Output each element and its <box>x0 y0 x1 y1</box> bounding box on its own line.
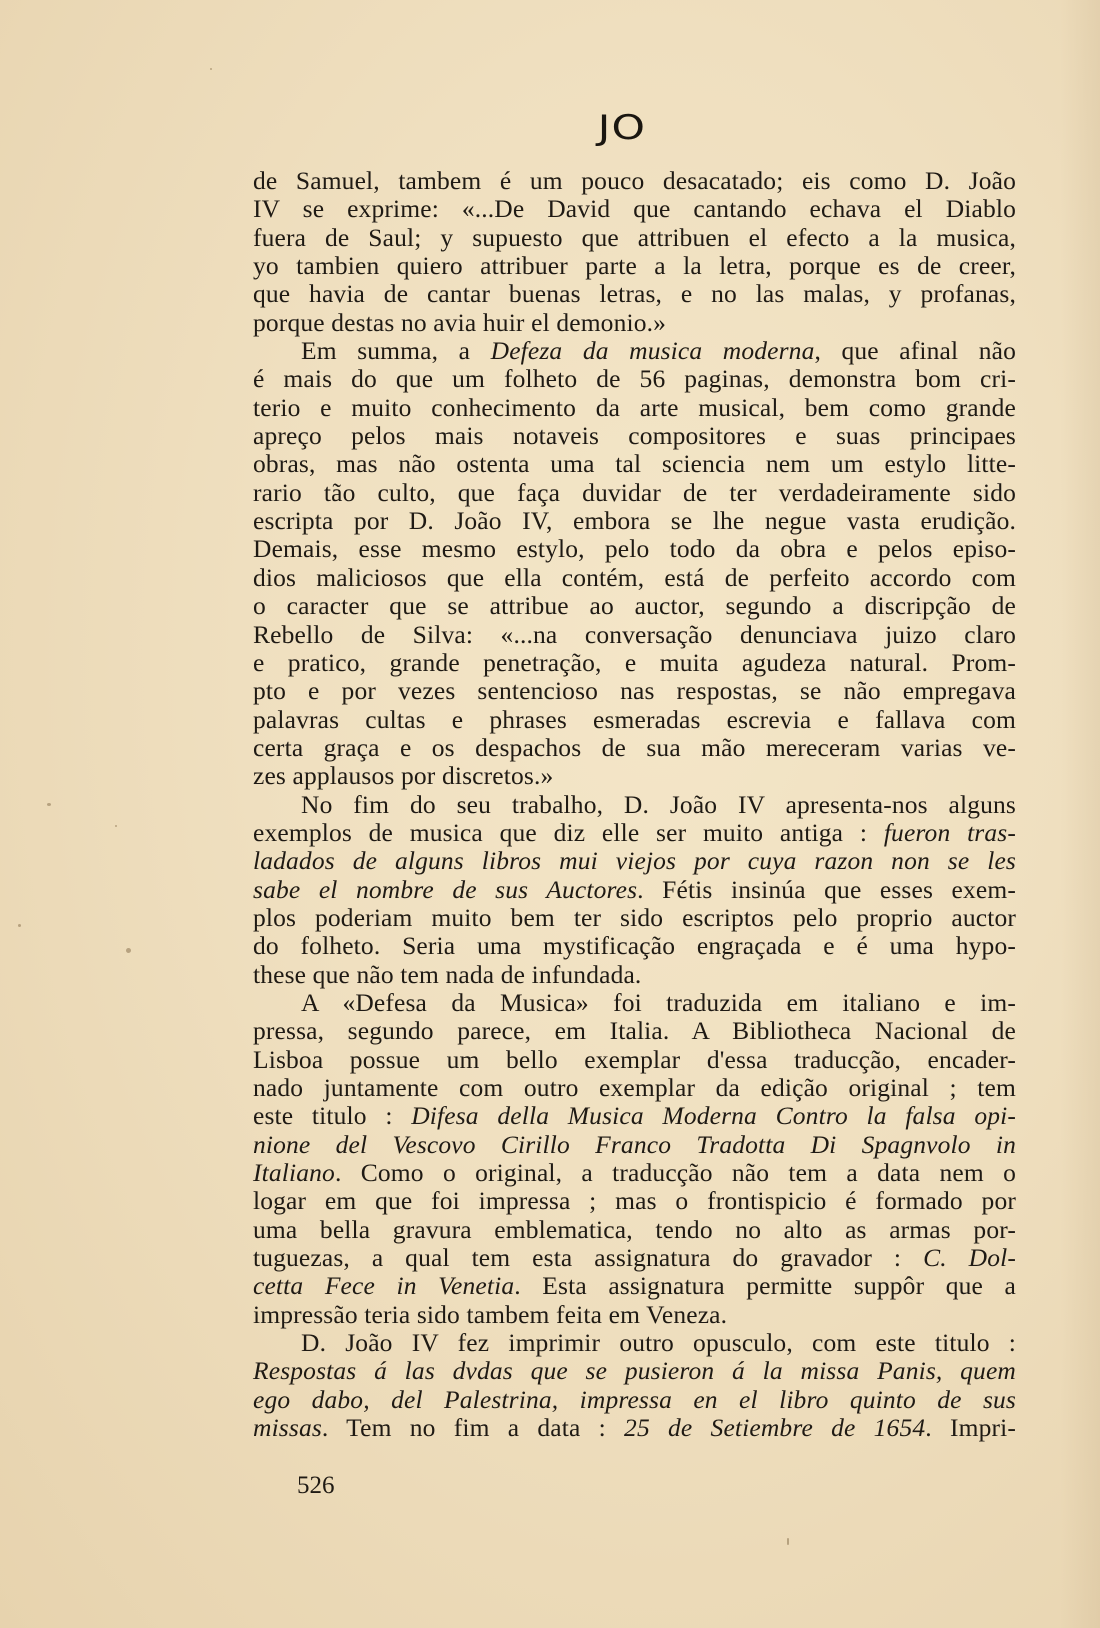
text-run: . Impri- <box>925 1413 1016 1442</box>
text-run: tuguezas, a qual tem esta assignatura do… <box>253 1243 923 1272</box>
text-line: do folheto. Seria uma mystificação engra… <box>253 932 1016 960</box>
text-run: pressa, segundo parece, em Italia. A Bib… <box>253 1016 1016 1045</box>
text-run: porque destas no avia huir el demonio.» <box>253 308 666 337</box>
italic-text: ladados de alguns libros mui viejos por … <box>253 846 1016 875</box>
text-line: uma bella gravura emblematica, tendo no … <box>253 1216 1016 1244</box>
text-run: D. João IV fez imprimir outro opusculo, … <box>301 1328 1016 1357</box>
paper-speck <box>210 68 212 70</box>
text-run: o caracter que se attribue ao auctor, se… <box>253 591 1016 620</box>
text-line: exemplos de musica que diz elle ser muit… <box>253 819 1016 847</box>
text-run: de Samuel, tambem é um pouco desacatado;… <box>253 166 1016 195</box>
italic-text: sabe el nombre de sus Auctores <box>253 875 637 904</box>
text-run: é mais do que um folheto de 56 paginas, … <box>253 364 1016 393</box>
text-run: these que não tem nada de infundada. <box>253 960 641 989</box>
text-line: yo tambien quiero attribuer parte a la l… <box>253 252 1016 280</box>
text-line: Em summa, a Defeza da musica moderna, qu… <box>253 337 1016 365</box>
text-line: Rebello de Silva: «...na conversação den… <box>253 621 1016 649</box>
text-run: zes applausos por discretos.» <box>253 761 553 790</box>
text-line: missas. Tem no fim a data : 25 de Setiem… <box>253 1414 1016 1442</box>
text-line: que havia de cantar buenas letras, e no … <box>253 280 1016 308</box>
italic-text: Italiano <box>253 1158 335 1187</box>
italic-text: nione del Vescovo Cirillo Franco Tradott… <box>253 1130 1016 1159</box>
text-run: fuera de Saul; y supuesto que attribuen … <box>253 223 1016 252</box>
text-line: dios maliciosos que ella contém, está de… <box>253 564 1016 592</box>
text-run: . Esta assignatura permitte suppôr que a <box>514 1271 1016 1300</box>
text-run: rario tão culto, que faça duvidar de ter… <box>253 478 1016 507</box>
italic-text: missas <box>253 1413 322 1442</box>
paper-speck <box>787 1538 789 1545</box>
text-run: uma bella gravura emblematica, tendo no … <box>253 1215 1016 1244</box>
text-line: este titulo : Difesa della Musica Modern… <box>253 1102 1016 1130</box>
text-run: IV se exprime: «...De David que cantando… <box>253 194 1016 223</box>
text-run: pto e por vezes sentencioso nas resposta… <box>253 676 1016 705</box>
text-line: nado juntamente com outro exemplar da ed… <box>253 1074 1016 1102</box>
text-run: terio e muito conhecimento da arte music… <box>253 393 1016 422</box>
text-run: No fim do seu trabalho, D. João IV apres… <box>301 790 1016 819</box>
text-line: A «Defesa da Musica» foi traduzida em it… <box>253 989 1016 1017</box>
text-line: de Samuel, tambem é um pouco desacatado;… <box>253 167 1016 195</box>
text-line: Lisboa possue um bello exemplar d'essa t… <box>253 1046 1016 1074</box>
text-run: nado juntamente com outro exemplar da ed… <box>253 1073 1016 1102</box>
paper-speck <box>126 948 131 953</box>
text-line: these que não tem nada de infundada. <box>253 961 1016 989</box>
italic-text: fueron tras- <box>884 818 1016 847</box>
text-line: escripta por D. João IV, embora se lhe n… <box>253 507 1016 535</box>
text-line: D. João IV fez imprimir outro opusculo, … <box>253 1329 1016 1357</box>
text-run: . Tem no fim a data : <box>322 1413 624 1442</box>
italic-text: Defeza da musica moderna <box>491 336 815 365</box>
text-line: obras, mas não ostenta uma tal sciencia … <box>253 450 1016 478</box>
italic-text: 25 de Setiembre de 1654 <box>624 1413 925 1442</box>
text-run: escripta por D. João IV, embora se lhe n… <box>253 506 1016 535</box>
text-line: Demais, esse mesmo estylo, pelo todo da … <box>253 535 1016 563</box>
text-line: rario tão culto, que faça duvidar de ter… <box>253 479 1016 507</box>
italic-text: C. Dol- <box>923 1243 1016 1272</box>
text-line: apreço pelos mais notaveis compositores … <box>253 422 1016 450</box>
text-line: o caracter que se attribue ao auctor, se… <box>253 592 1016 620</box>
text-run: logar em que foi impressa ; mas o fronti… <box>253 1186 1016 1215</box>
text-run: e pratico, grande penetração, e muita ag… <box>253 648 1016 677</box>
text-line: ladados de alguns libros mui viejos por … <box>253 847 1016 875</box>
text-line: tuguezas, a qual tem esta assignatura do… <box>253 1244 1016 1272</box>
text-run: apreço pelos mais notaveis compositores … <box>253 421 1016 450</box>
text-run: certa graça e os despachos de sua mão me… <box>253 733 1016 762</box>
text-line: é mais do que um folheto de 56 paginas, … <box>253 365 1016 393</box>
text-line: ego dabo, del Palestrina, impressa en el… <box>253 1386 1016 1414</box>
text-line: sabe el nombre de sus Auctores. Fétis in… <box>253 876 1016 904</box>
italic-text: Respostas á las dvdas que se pusieron á … <box>253 1356 1016 1385</box>
text-run: do folheto. Seria uma mystificação engra… <box>253 931 1016 960</box>
text-run: yo tambien quiero attribuer parte a la l… <box>253 251 1016 280</box>
italic-text: cetta Fece in Venetia <box>253 1271 514 1300</box>
text-line: IV se exprime: «...De David que cantando… <box>253 195 1016 223</box>
running-head: JO <box>582 108 662 148</box>
paper-speck <box>18 924 21 927</box>
text-line: porque destas no avia huir el demonio.» <box>253 309 1016 337</box>
text-line: pressa, segundo parece, em Italia. A Bib… <box>253 1017 1016 1045</box>
text-line: fuera de Saul; y supuesto que attribuen … <box>253 224 1016 252</box>
text-run: Rebello de Silva: «...na conversação den… <box>253 620 1016 649</box>
text-line: zes applausos por discretos.» <box>253 762 1016 790</box>
text-line: terio e muito conhecimento da arte music… <box>253 394 1016 422</box>
book-page: JO de Samuel, tambem é um pouco desacata… <box>0 0 1100 1628</box>
paper-speck <box>115 825 117 827</box>
text-line: e pratico, grande penetração, e muita ag… <box>253 649 1016 677</box>
text-run: , que afinal não <box>814 336 1016 365</box>
text-run: dios maliciosos que ella contém, está de… <box>253 563 1016 592</box>
text-line: nione del Vescovo Cirillo Franco Tradott… <box>253 1131 1016 1159</box>
italic-text: ego dabo, del Palestrina, impressa en el… <box>253 1385 1016 1414</box>
text-run: este titulo : <box>253 1101 411 1130</box>
text-line: certa graça e os despachos de sua mão me… <box>253 734 1016 762</box>
text-run: palavras cultas e phrases esmeradas escr… <box>253 705 1016 734</box>
text-run: A «Defesa da Musica» foi traduzida em it… <box>301 988 1016 1017</box>
text-run: Em summa, a <box>301 336 491 365</box>
text-run: impressão teria sido tambem feita em Ven… <box>253 1300 727 1329</box>
text-run: Lisboa possue um bello exemplar d'essa t… <box>253 1045 1016 1074</box>
text-run: . Como o original, a traducção não tem a… <box>335 1158 1016 1187</box>
text-run: Demais, esse mesmo estylo, pelo todo da … <box>253 534 1016 563</box>
text-line: palavras cultas e phrases esmeradas escr… <box>253 706 1016 734</box>
text-line: cetta Fece in Venetia. Esta assignatura … <box>253 1272 1016 1300</box>
text-line: Respostas á las dvdas que se pusieron á … <box>253 1357 1016 1385</box>
text-line: plos poderiam muito bem ter sido escript… <box>253 904 1016 932</box>
text-line: pto e por vezes sentencioso nas resposta… <box>253 677 1016 705</box>
body-text: de Samuel, tambem é um pouco desacatado;… <box>253 167 1016 1442</box>
page-edge-shadow <box>1060 0 1100 1628</box>
paper-speck <box>47 803 51 806</box>
text-run: exemplos de musica que diz elle ser muit… <box>253 818 884 847</box>
page-number: 526 <box>297 1472 335 1500</box>
text-run: . Fétis insinúa que esses exem- <box>637 875 1016 904</box>
italic-text: Difesa della Musica Moderna Contro la fa… <box>411 1101 1016 1130</box>
text-run: plos poderiam muito bem ter sido escript… <box>253 903 1016 932</box>
text-line: Italiano. Como o original, a traducção n… <box>253 1159 1016 1187</box>
text-line: impressão teria sido tambem feita em Ven… <box>253 1301 1016 1329</box>
text-run: que havia de cantar buenas letras, e no … <box>253 279 1016 308</box>
text-line: No fim do seu trabalho, D. João IV apres… <box>253 791 1016 819</box>
text-line: logar em que foi impressa ; mas o fronti… <box>253 1187 1016 1215</box>
text-run: obras, mas não ostenta uma tal sciencia … <box>253 449 1016 478</box>
